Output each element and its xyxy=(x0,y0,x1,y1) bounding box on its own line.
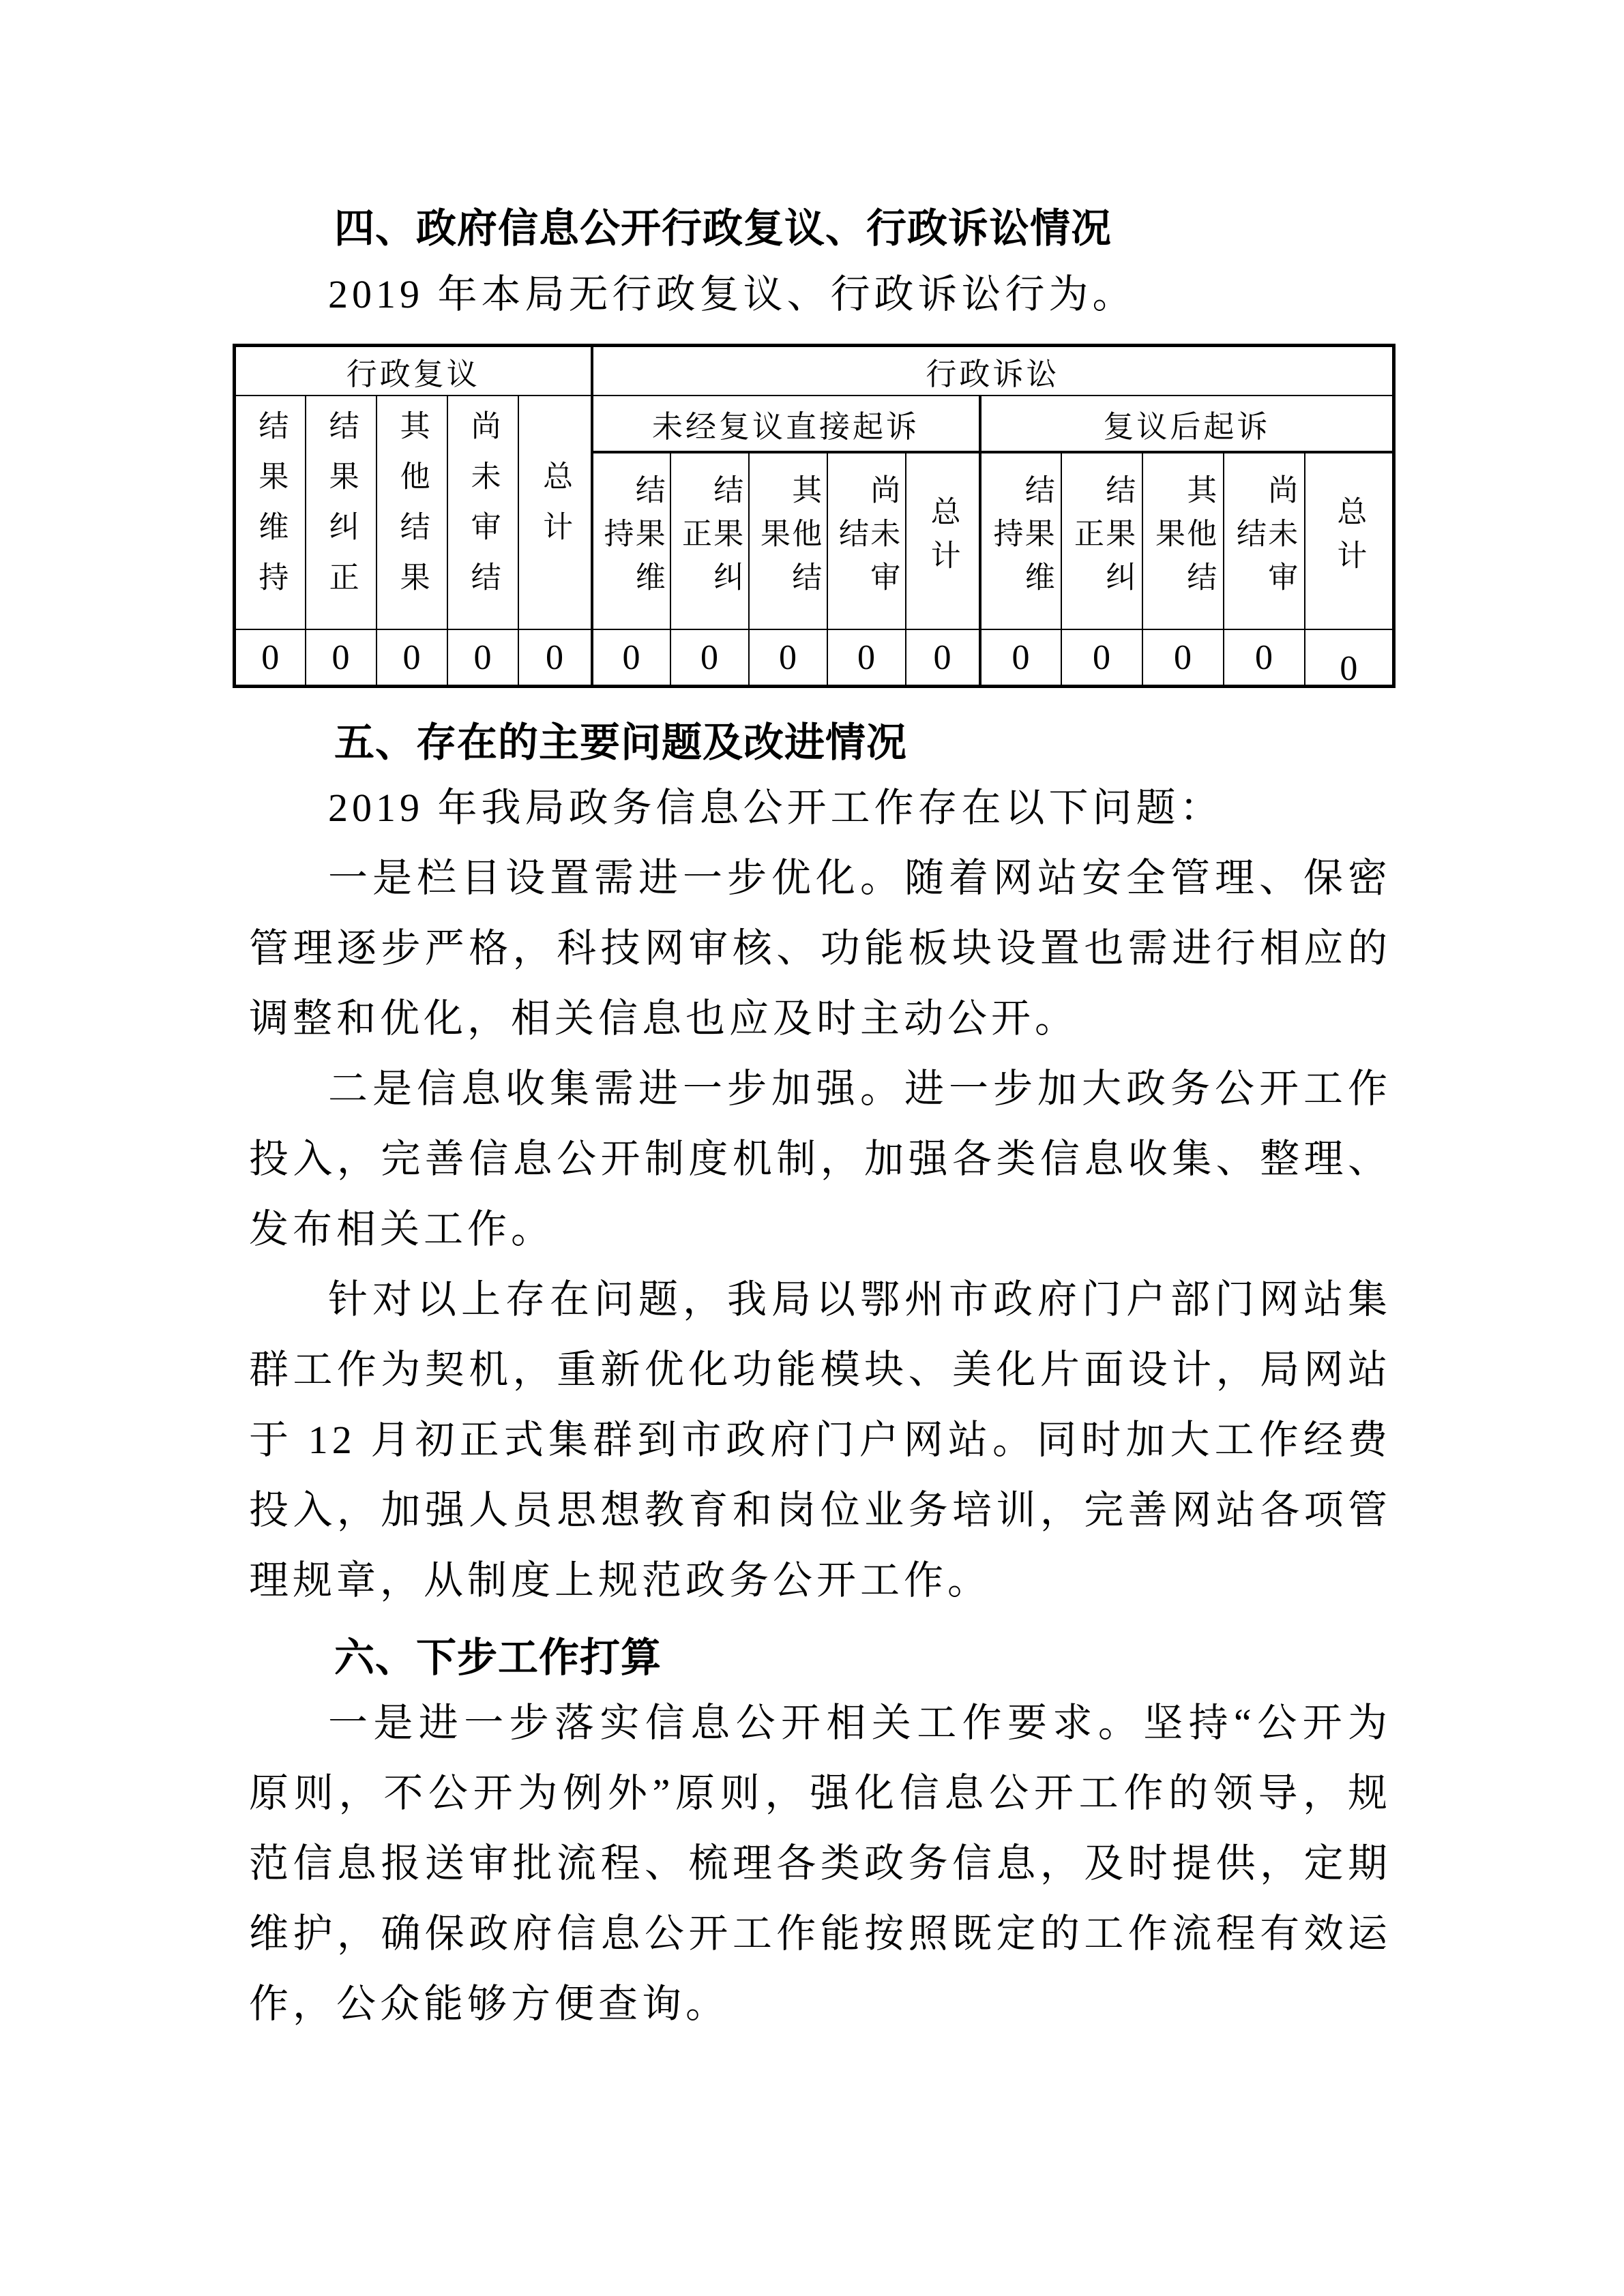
col-header-zongji: 总计 xyxy=(906,452,980,629)
paragraph-line: 针对以上存在问题，我局以鄂州市政府门户部门网站集 xyxy=(249,1264,1391,1335)
section4-heading: 四、政府信息公开行政复议、行政诉讼情况 xyxy=(249,199,1391,258)
paragraph-line: 发布相关工作。 xyxy=(249,1194,1391,1264)
section5-paragraph-2: 二是信息收集需进一步加强。进一步加大政务公开工作 投入，完善信息公开制度机制，加… xyxy=(249,1054,1391,1264)
col-header-jg-jiuzheng: 结果纠正 xyxy=(1061,452,1142,629)
col-header-shangwei-shenjie: 尚未审结 xyxy=(1224,452,1305,629)
subheader-after-review-suit: 复议后起诉 xyxy=(980,396,1394,452)
col-header-jg-weichi: 结果维持 xyxy=(980,452,1061,629)
table-group-header-row: 行政复议 行政诉讼 xyxy=(235,346,1394,396)
section5-heading: 五、存在的主要问题及改进情况 xyxy=(249,717,1391,769)
section5-paragraph-3: 针对以上存在问题，我局以鄂州市政府门户部门网站集 群工作为契机，重新优化功能模块… xyxy=(249,1264,1391,1615)
value-cell: 0 xyxy=(1224,629,1305,687)
paragraph-line: 投入，加强人员思想教育和岗位业务培训，完善网站各项管 xyxy=(249,1475,1391,1545)
value-cell: 0 xyxy=(1305,629,1394,687)
value-cell: 0 xyxy=(906,629,980,687)
paragraph-line: 群工作为契机，重新优化功能模块、美化片面设计，局网站 xyxy=(249,1335,1391,1405)
paragraph-line: 理规章，从制度上规范政务公开工作。 xyxy=(249,1545,1391,1615)
paragraph-line: 管理逐步严格，科技网审核、功能板块设置也需进行相应的 xyxy=(249,913,1391,983)
value-cell: 0 xyxy=(306,629,377,687)
table-subheader-row: 结果维持 结果纠正 其他结果 尚未审结 总计 未经复议直接起诉 复议后起诉 xyxy=(235,396,1394,452)
section5-paragraph-1: 一是栏目设置需进一步优化。随着网站安全管理、保密 管理逐步严格，科技网审核、功能… xyxy=(249,843,1391,1054)
paragraph-line: 投入，完善信息公开制度机制，加强各类信息收集、整理、 xyxy=(249,1124,1391,1194)
value-cell: 0 xyxy=(235,629,306,687)
section5-intro: 2019 年我局政务信息公开工作存在以下问题： xyxy=(249,773,1391,843)
value-cell: 0 xyxy=(1142,629,1224,687)
col-header-jg-weichi: 结果维持 xyxy=(235,396,306,629)
paragraph-line: 维护，确保政府信息公开工作能按照既定的工作流程有效运 xyxy=(249,1898,1391,1969)
col-header-jg-weichi: 结果维持 xyxy=(592,452,670,629)
value-cell: 0 xyxy=(980,629,1061,687)
section6-heading: 六、下步工作打算 xyxy=(249,1632,1391,1684)
paragraph-line: 范信息报送审批流程、梳理各类政务信息，及时提供，定期 xyxy=(249,1828,1391,1898)
col-header-jg-jiuzheng: 结果纠正 xyxy=(670,452,749,629)
col-header-qita-jieguo: 其他结果 xyxy=(377,396,447,629)
litigation-review-table: 行政复议 行政诉讼 结果维持 结果纠正 其他结果 尚未审结 总计 未经复议直接起… xyxy=(233,344,1396,688)
col-header-qita-jieguo: 其他结果 xyxy=(749,452,827,629)
col-header-zongji: 总计 xyxy=(1305,452,1394,629)
value-cell: 0 xyxy=(518,629,592,687)
col-header-shangwei-shenjie: 尚未审结 xyxy=(827,452,906,629)
col-header-shangwei-shenjie: 尚未审结 xyxy=(447,396,518,629)
value-cell: 0 xyxy=(592,629,670,687)
value-cell: 0 xyxy=(377,629,447,687)
value-cell: 0 xyxy=(1061,629,1142,687)
col-header-qita-jieguo: 其他结果 xyxy=(1142,452,1224,629)
value-cell: 0 xyxy=(827,629,906,687)
group-header-fuyi: 行政复议 xyxy=(235,346,592,396)
paragraph-line: 二是信息收集需进一步加强。进一步加大政务公开工作 xyxy=(249,1054,1391,1124)
paragraph-line: 于 12 月初正式集群到市政府门户网站。同时加大工作经费 xyxy=(249,1405,1391,1475)
paragraph-line: 原则，不公开为例外”原则，强化信息公开工作的领导，规 xyxy=(249,1758,1391,1828)
value-cell: 0 xyxy=(749,629,827,687)
group-header-susong: 行政诉讼 xyxy=(592,346,1394,396)
paragraph-line: 一是栏目设置需进一步优化。随着网站安全管理、保密 xyxy=(249,843,1391,913)
paragraph-line: 一是进一步落实信息公开相关工作要求。坚持“公开为 xyxy=(249,1688,1391,1758)
col-header-jg-jiuzheng: 结果纠正 xyxy=(306,396,377,629)
table-value-row: 0 0 0 0 0 0 0 0 0 0 0 0 0 0 0 xyxy=(235,629,1394,687)
col-header-zongji: 总计 xyxy=(518,396,592,629)
document-page: 四、政府信息公开行政复议、行政诉讼情况 2019 年本局无行政复议、行政诉讼行为… xyxy=(0,0,1624,2296)
section4-intro: 2019 年本局无行政复议、行政诉讼行为。 xyxy=(249,262,1391,327)
value-cell: 0 xyxy=(447,629,518,687)
paragraph-line: 作，公众能够方便查询。 xyxy=(249,1969,1391,2039)
value-cell: 0 xyxy=(670,629,749,687)
subheader-direct-suit: 未经复议直接起诉 xyxy=(592,396,980,452)
section6-paragraph-1: 一是进一步落实信息公开相关工作要求。坚持“公开为 原则，不公开为例外”原则，强化… xyxy=(249,1688,1391,2039)
paragraph-line: 调整和优化，相关信息也应及时主动公开。 xyxy=(249,983,1391,1054)
